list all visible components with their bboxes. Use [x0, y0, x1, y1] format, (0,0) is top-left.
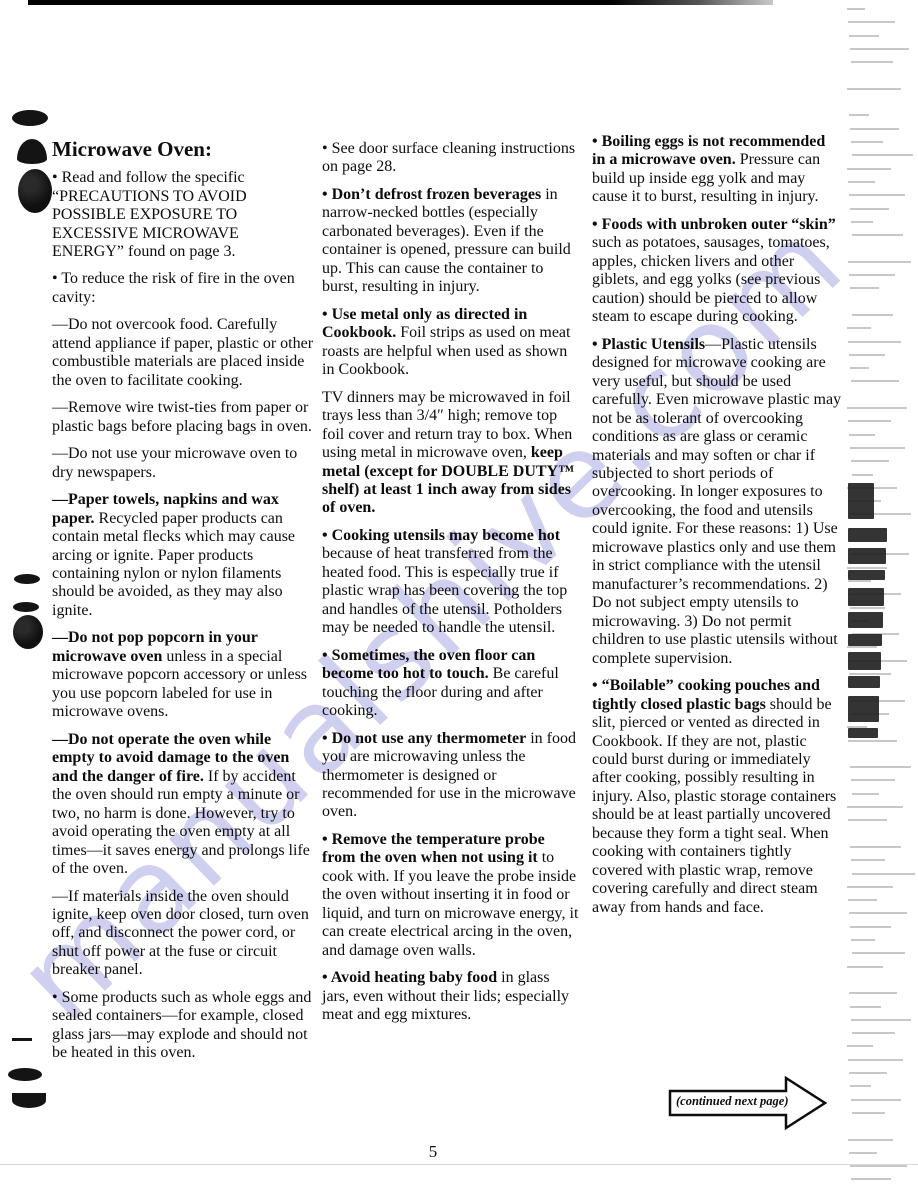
paragraph: —Do not pop popcorn in your microwave ov… [52, 629, 314, 721]
continued-label: (continued next page) [676, 1095, 784, 1108]
paragraph: • Boiling eggs is not recommended in a m… [592, 133, 842, 207]
scan-bottom-edge-line [0, 1164, 918, 1165]
paragraph: • Some products such as whole eggs and s… [52, 989, 314, 1063]
binding-mark [14, 574, 40, 584]
paragraph: • To reduce the risk of fire in the oven… [52, 270, 314, 307]
binding-mark [13, 615, 43, 649]
binding-mark [17, 139, 47, 164]
text-column-right: • Boiling eggs is not recommended in a m… [592, 133, 842, 926]
paragraph: —Do not operate the oven while empty to … [52, 731, 314, 879]
paragraph: • “Boilable” cooking pouches and tightly… [592, 677, 842, 917]
paragraph: • Use metal only as directed in Cookbook… [322, 306, 580, 380]
continued-next-page-arrow: (continued next page) [668, 1075, 828, 1131]
paragraph: —Remove wire twist-ties from paper or pl… [52, 399, 314, 436]
paragraph: TV dinners may be microwaved in foil tra… [322, 389, 580, 518]
paragraph: —Do not use your microwave oven to dry n… [52, 445, 314, 482]
paragraph: —Paper towels, napkins and wax paper. Re… [52, 491, 314, 620]
paragraph: • Avoid heating baby food in glass jars,… [322, 969, 580, 1024]
paragraph: • Do not use any thermometer in food you… [322, 730, 580, 822]
text-column-left: Microwave Oven:• Read and follow the spe… [52, 138, 314, 1072]
paragraph: • Cooking utensils may become hot becaus… [322, 527, 580, 638]
binding-mark [8, 1068, 42, 1081]
binding-mark [12, 1093, 46, 1108]
paragraph: • Remove the temperature probe from the … [322, 831, 580, 960]
paragraph: —If materials inside the oven should ign… [52, 888, 314, 980]
scan-top-bar [28, 0, 773, 5]
paragraph: • Don’t defrost frozen beverages in narr… [322, 186, 580, 297]
binding-mark [18, 169, 52, 213]
binding-mark [13, 602, 39, 612]
paragraph: —Do not overcook food. Carefully attend … [52, 316, 314, 390]
adjacent-page-edge [845, 0, 918, 1188]
text-column-middle: • See door surface cleaning instructions… [322, 140, 580, 1034]
paragraph: • See door surface cleaning instructions… [322, 140, 580, 177]
paragraph: • Foods with unbroken outer “skin” such … [592, 216, 842, 327]
paragraph: • Sometimes, the oven floor can become t… [322, 647, 580, 721]
binding-mark [12, 110, 48, 126]
binding-mark [12, 1038, 32, 1041]
section-heading: Microwave Oven: [52, 138, 314, 161]
paragraph: • Plastic Utensils—Plastic utensils desi… [592, 336, 842, 668]
page-number: 5 [0, 1142, 866, 1162]
paragraph: • Read and follow the specific “PRECAUTI… [52, 169, 314, 261]
